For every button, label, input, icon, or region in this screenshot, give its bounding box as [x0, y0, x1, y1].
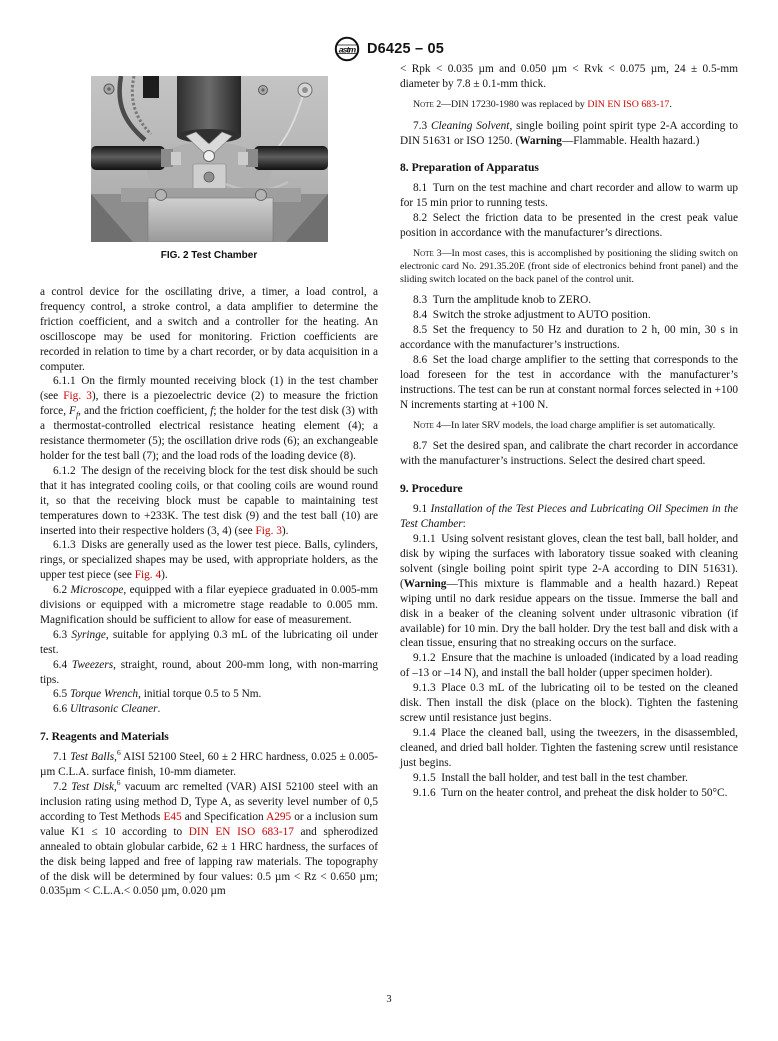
- paragraph: < Rpk < 0.035 µm and 0.050 µm < Rvk < 0.…: [400, 62, 738, 92]
- text-segment: Cleaning Solvent: [431, 120, 510, 132]
- paragraph: 6.5 Torque Wrench, initial torque 0.5 to…: [40, 687, 378, 702]
- text-segment: 6.3: [53, 629, 71, 641]
- text-segment: Installation of the Test Pieces and Lubr…: [400, 503, 738, 530]
- text-segment: Warning: [519, 135, 562, 147]
- paragraph: 8.6 Set the load charge amplifier to the…: [400, 353, 738, 413]
- text-segment: .: [669, 99, 671, 110]
- paragraph: 9.1.6 Turn on the heater control, and pr…: [400, 786, 738, 801]
- section-heading: 9. Procedure: [400, 482, 738, 495]
- right-column-text: < Rpk < 0.035 µm and 0.050 µm < Rvk < 0.…: [400, 62, 738, 800]
- text-segment: Warning: [404, 578, 447, 590]
- paragraph: 9.1.4 Place the cleaned ball, using the …: [400, 726, 738, 771]
- text-segment: 9.1.3 Place 0.3 mL of the lubricating oi…: [400, 682, 738, 724]
- text-segment: :: [463, 518, 466, 530]
- section-heading: 7. Reagents and Materials: [40, 730, 378, 743]
- paragraph: 8.2 Select the friction data to be prese…: [400, 211, 738, 241]
- text-segment: < Rpk < 0.035 µm and 0.050 µm < Rvk < 0.…: [400, 63, 738, 90]
- text-segment: Note: [413, 248, 434, 259]
- standard-designation: D6425 – 05: [367, 41, 444, 57]
- text-segment: F: [69, 405, 76, 417]
- text-segment: .: [158, 703, 161, 715]
- paragraph: 7.2 Test Disk,6 vacuum arc remelted (VAR…: [40, 780, 378, 899]
- note-paragraph: Note 4—In later SRV models, the load cha…: [400, 420, 738, 433]
- text-segment: Note: [413, 99, 434, 110]
- text-segment: 8.2 Select the friction data to be prese…: [400, 212, 738, 239]
- note-paragraph: Note 3—In most cases, this is accomplish…: [400, 248, 738, 286]
- text-segment: —Flammable. Health hazard.): [562, 135, 699, 147]
- text-segment: 6.1.3 Disks are generally used as the lo…: [40, 539, 378, 581]
- svg-text:astm: astm: [339, 44, 357, 54]
- text-segment: Test Disk,: [71, 781, 117, 793]
- paragraph: 9.1 Installation of the Test Pieces and …: [400, 502, 738, 532]
- paragraph: 6.3 Syringe, suitable for applying 0.3 m…: [40, 628, 378, 658]
- reference-link[interactable]: A295: [266, 811, 291, 823]
- reference-link[interactable]: Fig. 4: [135, 569, 161, 581]
- right-column: < Rpk < 0.035 µm and 0.050 µm < Rvk < 0.…: [400, 62, 738, 899]
- paragraph: 8.5 Set the frequency to 50 Hz and durat…: [400, 323, 738, 353]
- reference-link[interactable]: Fig. 3: [63, 390, 92, 402]
- text-segment: and Specification: [182, 811, 266, 823]
- text-segment: ).: [161, 569, 168, 581]
- text-segment: Tweezers: [72, 659, 113, 671]
- test-chamber-photo: [91, 76, 328, 242]
- paragraph: 6.4 Tweezers, straight, round, about 200…: [40, 658, 378, 688]
- two-column-body: FIG. 2 Test Chamber a control device for…: [40, 62, 738, 899]
- note-paragraph: Note 2—DIN 17230-1980 was replaced by DI…: [400, 99, 738, 112]
- paragraph: 7.3 Cleaning Solvent, single boiling poi…: [400, 119, 738, 149]
- paragraph: 9.1.1 Using solvent resistant gloves, cl…: [400, 532, 738, 651]
- text-segment: 8.4 Switch the stroke adjustment to AUTO…: [413, 309, 651, 321]
- text-segment: Note: [413, 420, 434, 431]
- reference-link[interactable]: DIN EN ISO 683-17: [587, 99, 669, 110]
- paragraph: a control device for the oscillating dri…: [40, 285, 378, 374]
- paragraph: 6.1.3 Disks are generally used as the lo…: [40, 538, 378, 583]
- left-column-text: a control device for the oscillating dri…: [40, 285, 378, 899]
- text-segment: 9.1.4 Place the cleaned ball, using the …: [400, 727, 738, 769]
- paragraph: 8.1 Turn on the test machine and chart r…: [400, 181, 738, 211]
- section-heading: 8. Preparation of Apparatus: [400, 161, 738, 174]
- reference-link[interactable]: E45: [163, 811, 181, 823]
- text-segment: a control device for the oscillating dri…: [40, 286, 378, 373]
- paragraph: 6.1.1 On the firmly mounted receiving bl…: [40, 374, 378, 463]
- text-segment: 6.1.2 The design of the receiving block …: [40, 465, 378, 537]
- page-number: 3: [0, 994, 778, 1005]
- text-segment: 8.3 Turn the amplitude knob to ZERO.: [413, 294, 591, 306]
- text-segment: 8.1 Turn on the test machine and chart r…: [400, 182, 738, 209]
- paragraph: 6.6 Ultrasonic Cleaner.: [40, 702, 378, 717]
- paragraph: 6.1.2 The design of the receiving block …: [40, 464, 378, 539]
- document-page: astm D6425 – 05: [0, 0, 778, 1041]
- reference-link[interactable]: Fig. 3: [256, 525, 282, 537]
- text-segment: ).: [282, 525, 289, 537]
- text-segment: 8.7 Set the desired span, and calibrate …: [400, 440, 738, 467]
- paragraph: 8.4 Switch the stroke adjustment to AUTO…: [400, 308, 738, 323]
- text-segment: 9.1.5 Install the ball holder, and test …: [413, 772, 688, 784]
- text-segment: , and the friction coefficient,: [78, 405, 210, 417]
- figure-caption: FIG. 2 Test Chamber: [44, 250, 374, 261]
- text-segment: 9.1: [413, 503, 431, 515]
- text-segment: , initial torque 0.5 to 5 Nm.: [138, 688, 261, 700]
- text-segment: 6.4: [53, 659, 72, 671]
- paragraph: 9.1.5 Install the ball holder, and test …: [400, 771, 738, 786]
- paragraph: 6.2 Microscope, equipped with a filar ey…: [40, 583, 378, 628]
- text-segment: 7.2: [53, 781, 71, 793]
- text-segment: 6.5: [53, 688, 70, 700]
- paragraph: 9.1.3 Place 0.3 mL of the lubricating oi…: [400, 681, 738, 726]
- text-segment: 9.1.2 Ensure that the machine is unloade…: [400, 652, 738, 679]
- text-segment: Microscope: [70, 584, 123, 596]
- text-segment: 7.1: [53, 751, 70, 763]
- left-column: FIG. 2 Test Chamber a control device for…: [40, 62, 378, 899]
- text-segment: 6.6: [53, 703, 70, 715]
- astm-logo-icon: astm: [334, 36, 360, 62]
- text-segment: Syringe: [71, 629, 106, 641]
- text-segment: 9.1.6 Turn on the heater control, and pr…: [413, 787, 727, 799]
- text-segment: Torque Wrench: [70, 688, 138, 700]
- text-segment: 2—DIN 17230-1980 was replaced by: [434, 99, 588, 110]
- text-segment: 3—In most cases, this is accomplished by…: [400, 248, 738, 285]
- figure-2: FIG. 2 Test Chamber: [44, 76, 374, 261]
- text-segment: 4—In later SRV models, the load charge a…: [434, 420, 716, 431]
- text-segment: Ultrasonic Cleaner: [70, 703, 158, 715]
- paragraph: 8.7 Set the desired span, and calibrate …: [400, 439, 738, 469]
- text-segment: 7.3: [413, 120, 431, 132]
- text-segment: 8.5 Set the frequency to 50 Hz and durat…: [400, 324, 738, 351]
- text-segment: —This mixture is flammable and a health …: [400, 578, 738, 650]
- paragraph: 7.1 Test Balls,6 AISI 52100 Steel, 60 ± …: [40, 750, 378, 780]
- paragraph: 9.1.2 Ensure that the machine is unloade…: [400, 651, 738, 681]
- reference-link[interactable]: DIN EN ISO 683-17: [189, 826, 294, 838]
- paragraph: 8.3 Turn the amplitude knob to ZERO.: [400, 293, 738, 308]
- text-segment: 6.2: [53, 584, 70, 596]
- page-header: astm D6425 – 05: [0, 36, 778, 62]
- text-segment: 8.6 Set the load charge amplifier to the…: [400, 354, 738, 411]
- text-segment: Test Balls,: [70, 751, 117, 763]
